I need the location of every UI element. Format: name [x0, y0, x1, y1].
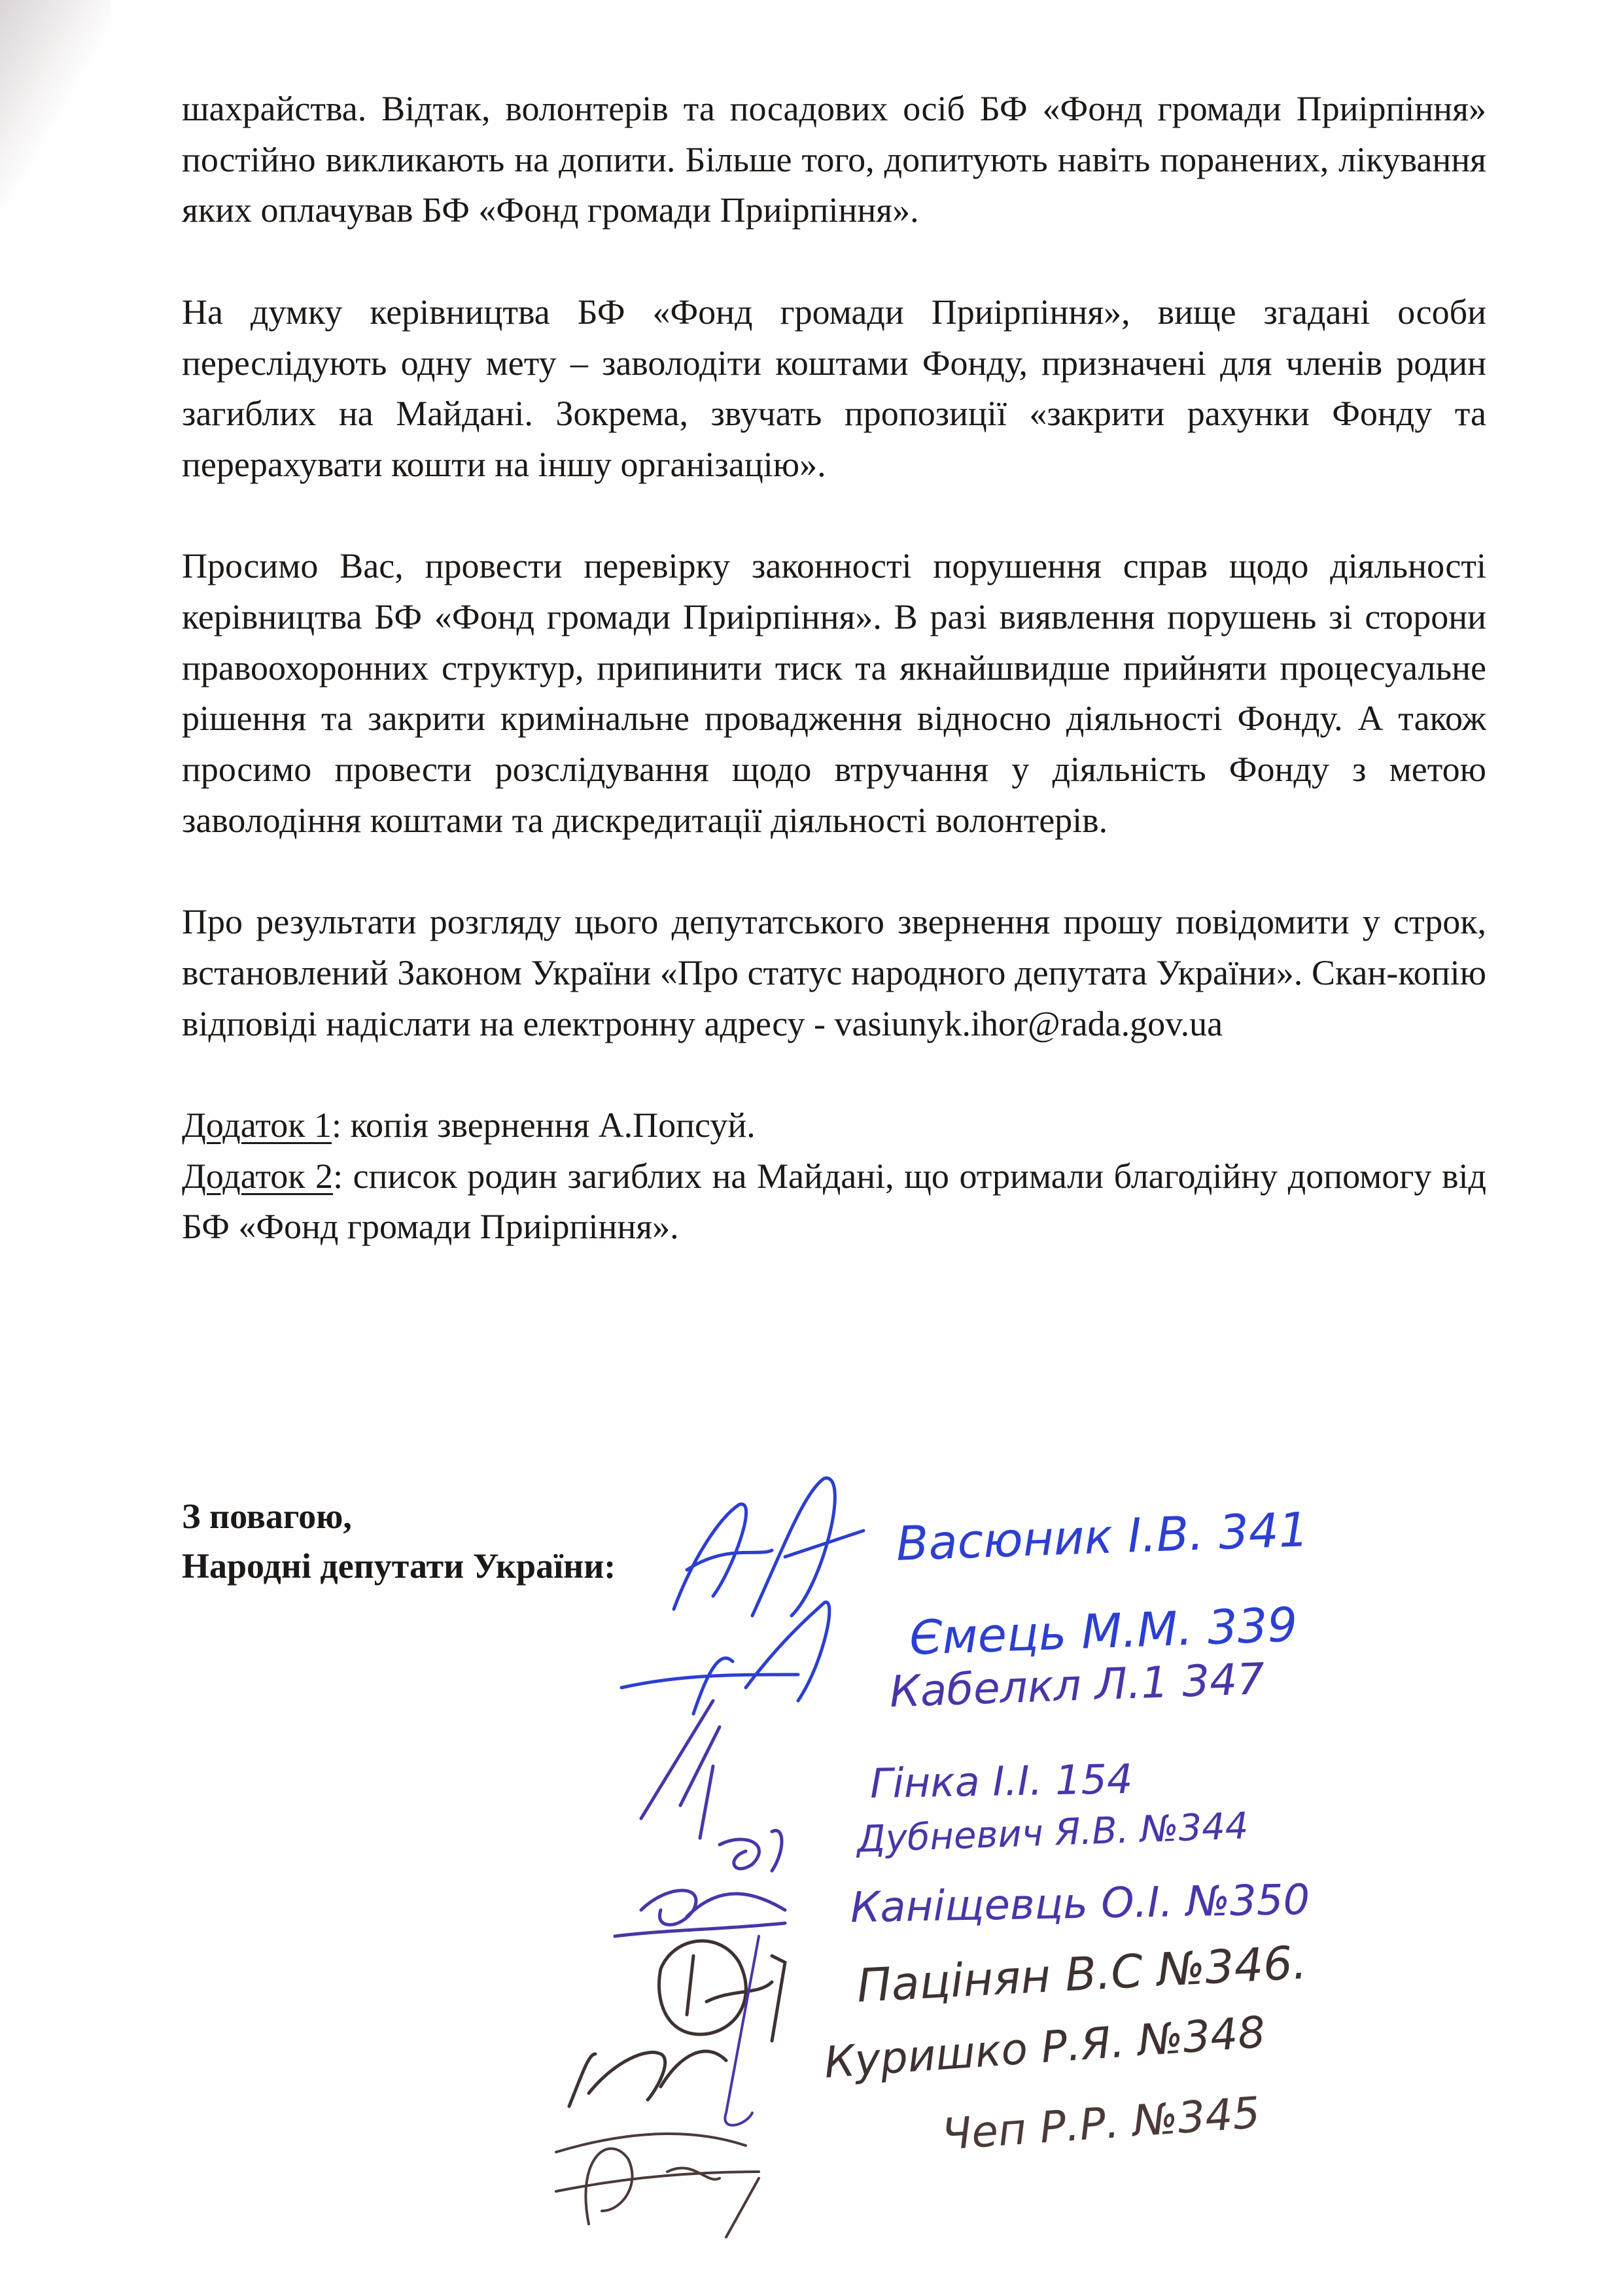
- signature-vasiunyk: Васюник І.В. 341: [896, 1502, 1310, 1571]
- addendum-1-text: : копія звернення А.Попсуй.: [332, 1105, 756, 1145]
- paragraph-fraud-continuation: шахрайства. Відтак, волонтерів та посадо…: [182, 84, 1486, 236]
- signature-yemets: Ємець М.М. 339: [909, 1597, 1299, 1665]
- signature-chep: Чеп Р.Р. №345: [940, 2087, 1261, 2160]
- signature-kabelkl: Кабелкл Л.1 347: [889, 1654, 1266, 1717]
- paragraph-request: Просимо Вас, провести перевірку законнос…: [182, 541, 1486, 846]
- addendum-1: Додаток 1: копія звернення А.Попсуй.: [182, 1100, 1486, 1151]
- closing-block: З повагою, Народні депутати України:: [182, 1491, 616, 1591]
- folded-corner-shadow: [0, 0, 111, 209]
- addendum-2-label: Додаток 2: [182, 1157, 333, 1196]
- signature-kanishchevts: Каніщевць О.І. №350: [850, 1876, 1310, 1932]
- paragraph-management-opinion: На думку керівництва БФ «Фонд громади Пр…: [182, 287, 1486, 491]
- addendum-1-label: Додаток 1: [182, 1105, 332, 1145]
- paragraph-response-request: Про результати розгляду цього депутатськ…: [182, 897, 1486, 1049]
- response-request-text: Про результати розгляду цього депутатськ…: [182, 902, 1486, 1043]
- salutation: З повагою,: [182, 1491, 616, 1541]
- scanned-letter-page: шахрайства. Відтак, волонтерів та посадо…: [0, 0, 1623, 2296]
- letter-body: шахрайства. Відтак, волонтерів та посадо…: [182, 84, 1486, 1253]
- addendum-2: Додаток 2: список родин загиблих на Майд…: [182, 1151, 1486, 1253]
- signature-dubnevych: Дубневич Я.В. №344: [856, 1805, 1249, 1861]
- signature-hinka: Гінка І.І. 154: [869, 1755, 1133, 1807]
- addendum-2-text: : список родин загиблих на Майдані, що о…: [182, 1157, 1486, 1247]
- signature-patsinian: Пацінян В.С №346.: [856, 1936, 1308, 2013]
- signature-kuryshko: Куришко Р.Я. №348: [822, 2007, 1266, 2088]
- signatories-label: Народні депутати України:: [182, 1541, 616, 1591]
